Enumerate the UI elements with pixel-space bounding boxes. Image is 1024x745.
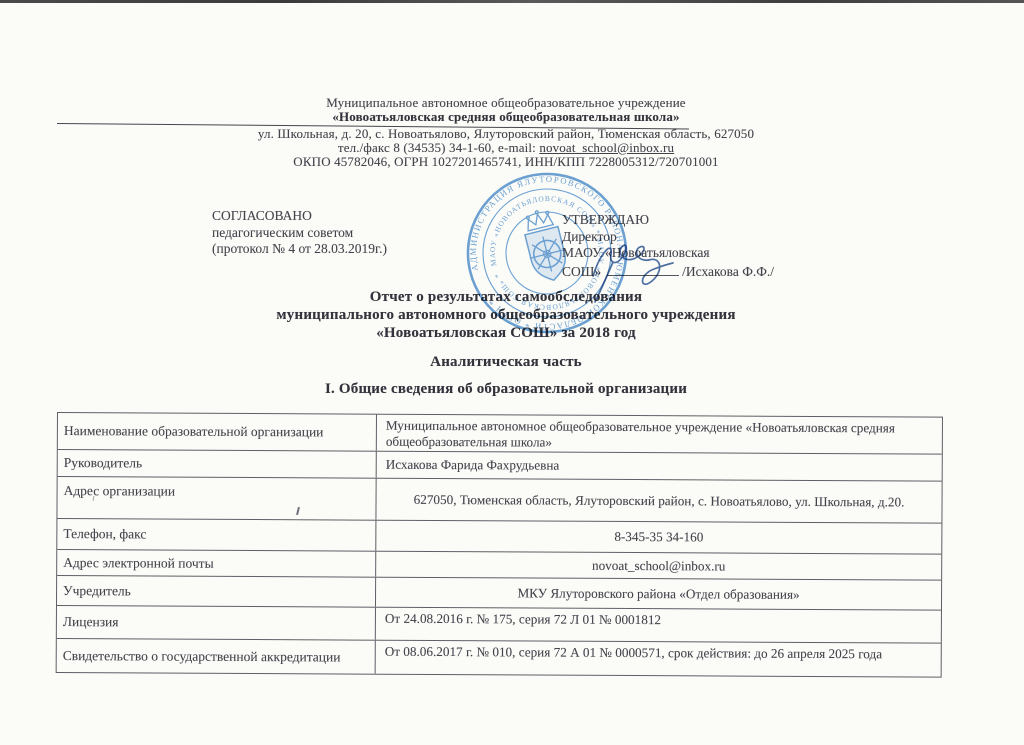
table-row: Свидетельство о государственной аккредит… bbox=[57, 638, 941, 677]
scan-edge-top bbox=[0, 0, 1024, 3]
letterhead-phone: тел./факс 8 (34535) 34-1-60, e-mail: bbox=[338, 140, 539, 155]
table-row: Учредитель МКУ Ялуторовского района «Отд… bbox=[57, 575, 941, 610]
table-row: Руководитель Исхакова Фарида Фахрудьевна bbox=[58, 449, 942, 481]
row-value: От 08.06.2017 г. № 010, серия 72 А 01 № … bbox=[376, 641, 941, 677]
agreed-block: СОГЛАСОВАНО педагогическим советом (прот… bbox=[212, 208, 387, 258]
row-value: Муниципальное автономное общеобразовател… bbox=[377, 415, 942, 454]
row-label: Руководитель bbox=[58, 450, 377, 478]
row-value: novoat_school@inbox.ru bbox=[376, 552, 941, 580]
section-title-analytic: Аналитическая часть bbox=[0, 354, 1012, 371]
letterhead-email: novoat_school@inbox.ru bbox=[539, 140, 674, 155]
agreed-line3: (протокол № 4 от 28.03.2019г.) bbox=[212, 241, 387, 258]
document-page: Муниципальное автономное общеобразовател… bbox=[0, 0, 1024, 745]
row-label: Телефон, факс bbox=[57, 519, 376, 551]
stamp-crown-icon bbox=[524, 208, 553, 231]
row-value: От 24.08.2016 г. № 175, серия 72 Л 01 № … bbox=[376, 608, 941, 643]
stamp-shield-icon bbox=[524, 226, 571, 284]
row-value: 8-345-35 34-160 bbox=[376, 521, 941, 554]
table-row: Наименование образовательной организации… bbox=[58, 413, 942, 454]
table-row: Адрес электронной почты novoat_school@in… bbox=[57, 549, 941, 580]
row-value: 627050, Тюменская область, Ялуторовский … bbox=[376, 479, 941, 523]
agreed-title: СОГЛАСОВАНО bbox=[212, 208, 387, 225]
table-row: Лицензия От 24.08.2016 г. № 175, серия 7… bbox=[57, 605, 941, 643]
row-label: Адрес электронной почты bbox=[57, 550, 376, 577]
table-row: Адрес организации 627050, Тюменская обла… bbox=[57, 476, 941, 523]
row-label: Учредитель bbox=[57, 576, 376, 607]
general-info-table: Наименование образовательной организации… bbox=[56, 412, 943, 678]
row-value: МКУ Ялуторовского района «Отдел образова… bbox=[376, 578, 941, 610]
row-label: Адрес организации bbox=[57, 477, 376, 520]
director-signature bbox=[586, 231, 698, 307]
row-label: Свидетельство о государственной аккредит… bbox=[57, 639, 376, 674]
row-label: Лицензия bbox=[57, 606, 376, 640]
row-label: Наименование образовательной организации bbox=[58, 413, 377, 451]
letterhead-school-name: «Новоатьяловская средняя общеобразовател… bbox=[0, 109, 1012, 125]
section-title-general-info: I. Общие сведения об образовательной орг… bbox=[0, 381, 1012, 398]
row-value: Исхакова Фарида Фахрудьевна bbox=[377, 452, 942, 481]
table-row: Телефон, факс 8-345-35 34-160 bbox=[57, 518, 941, 554]
agreed-line2: педагогическим советом bbox=[212, 225, 387, 242]
